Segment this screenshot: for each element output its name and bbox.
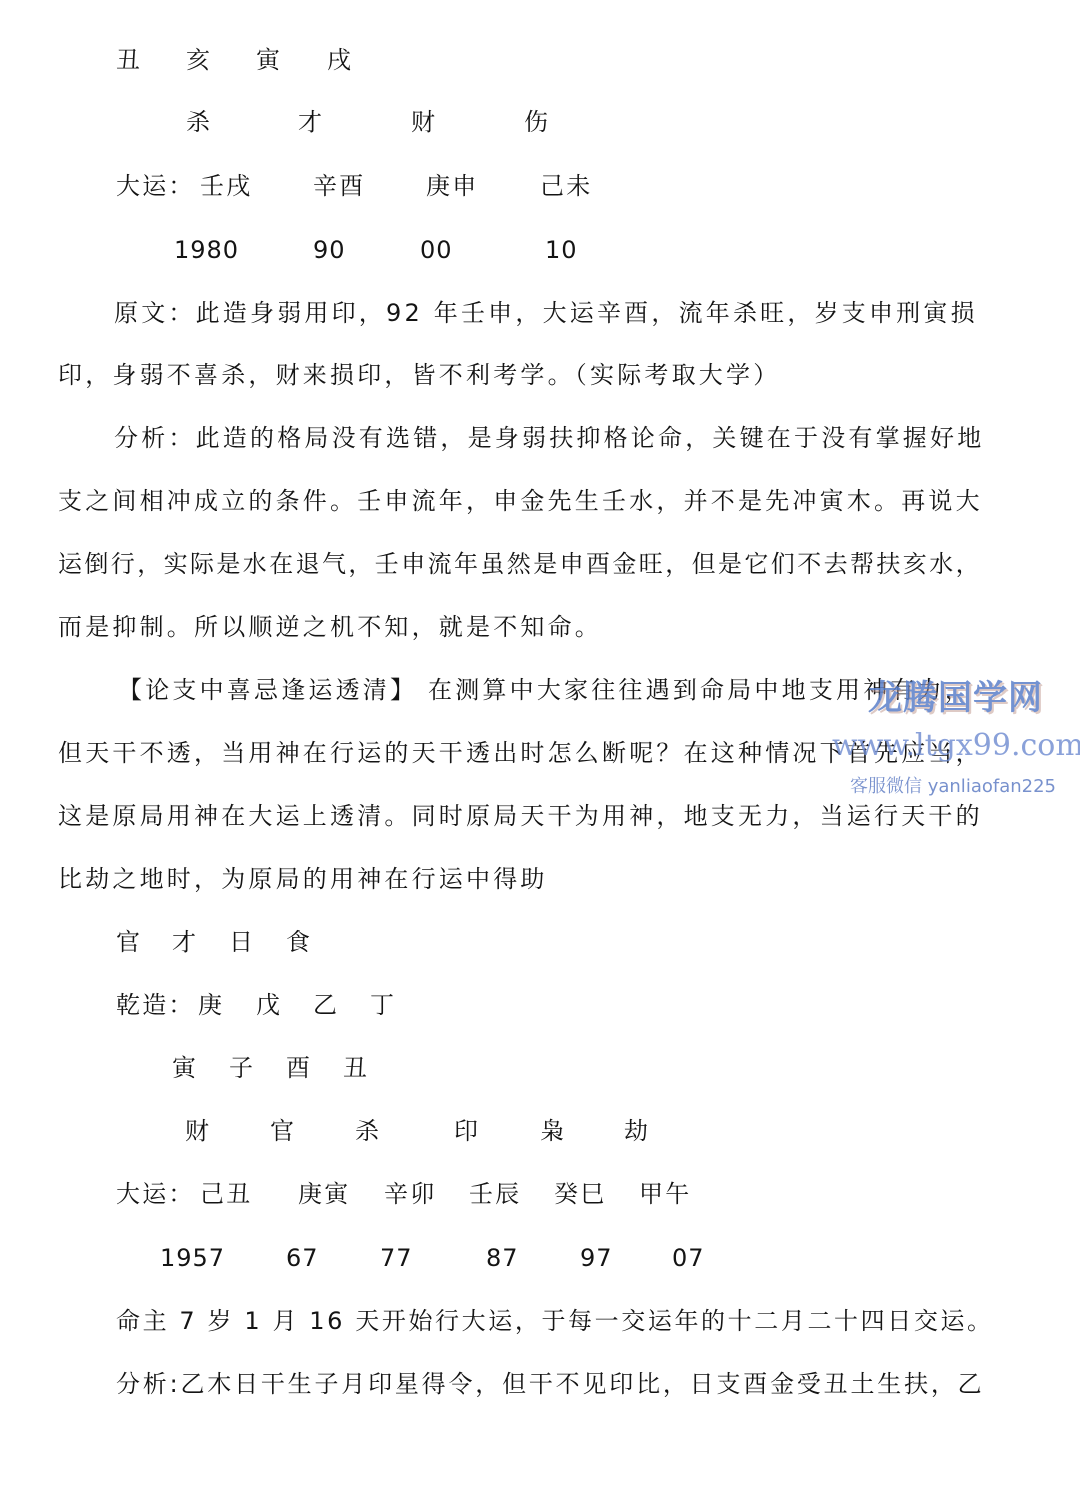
dayun-year: 1957 [160, 1238, 225, 1278]
ten-god-char: 才 [172, 922, 198, 962]
analysis-line: 运倒行，实际是水在退气，壬申流年虽然是申酉金旺，但是它们不去帮扶亥水， [58, 544, 1028, 584]
stem-char: 丁 [370, 985, 396, 1025]
ten-god-char: 财 [185, 1111, 211, 1151]
original-text-line: 原文：此造身弱用印，92 年壬申，大运辛酉，流年杀旺，岁支申刑寅损 [58, 293, 1028, 333]
branch-char: 酉 [286, 1048, 312, 1088]
dayun-year: 90 [313, 230, 346, 270]
dayun-year: 1980 [174, 230, 239, 270]
start-luck-line: 命主 7 岁 1 月 16 天开始行大运，于每一交运年的十二月二十四日交运。 [116, 1301, 1028, 1341]
dayun-pillar: 庚寅 [298, 1174, 350, 1214]
ten-god-char: 枭 [540, 1111, 566, 1151]
stem-char: 乙 [313, 985, 339, 1025]
branch-char: 戌 [327, 40, 353, 80]
analysis-line: 而是抑制。所以顺逆之机不知，就是不知命。 [58, 607, 1028, 647]
dayun-pillar: 壬戌 [200, 166, 252, 206]
ten-god-char: 伤 [524, 102, 550, 142]
branch-char: 亥 [186, 40, 212, 80]
ten-god-char: 才 [298, 102, 324, 142]
dayun-year: 67 [286, 1238, 319, 1278]
dayun-year: 00 [420, 230, 453, 270]
dayun-pillar: 己未 [540, 166, 592, 206]
dayun-pillar: 己丑 [200, 1174, 252, 1214]
dayun-year: 07 [672, 1238, 705, 1278]
dayun-pillar: 甲午 [639, 1174, 691, 1214]
dayun-pillar: 壬辰 [469, 1174, 521, 1214]
analysis-line: 分析：此造的格局没有选错，是身弱扶抑格论命，关键在于没有掌握好地 [58, 418, 1028, 458]
stem-char: 庚 [198, 985, 224, 1025]
branch-char: 寅 [256, 40, 282, 80]
dayun-pillar: 癸巳 [554, 1174, 606, 1214]
ten-god-char: 印 [454, 1111, 480, 1151]
dayun-year: 77 [380, 1238, 413, 1278]
dayun-year: 87 [486, 1238, 519, 1278]
original-text-line: 印，身弱不喜杀，财来损印，皆不利考学。（实际考取大学） [58, 355, 1028, 395]
stem-char: 戊 [256, 985, 282, 1025]
branch-char: 寅 [172, 1048, 198, 1088]
analysis-line: 分析:乙木日干生子月印星得令，但干不见印比，日支酉金受丑土生扶，乙 [116, 1364, 1028, 1404]
ten-god-char: 官 [116, 922, 142, 962]
branch-char: 丑 [116, 40, 142, 80]
section-body-line: 但天干不透，当用神在行运的天干透出时怎么断呢？在这种情况下首先应当， [58, 733, 1028, 773]
ten-god-char: 财 [411, 102, 437, 142]
section-body-line: 这是原局用神在大运上透清。同时原局天干为用神，地支无力，当运行天干的 [58, 796, 1028, 836]
section-heading-line: 【论支中喜忌逢运透清】 在测算中大家往往遇到命局中地支用神有力， [58, 670, 1028, 710]
ten-god-char: 杀 [355, 1111, 381, 1151]
branch-char: 子 [229, 1048, 255, 1088]
dayun-label: 大运： [116, 166, 195, 206]
branch-char: 丑 [343, 1048, 369, 1088]
analysis-line: 支之间相冲成立的条件。壬申流年，申金先生壬水，并不是先冲寅木。再说大 [58, 481, 1028, 521]
dayun-label: 大运： [116, 1174, 195, 1214]
dayun-pillar: 庚申 [426, 166, 478, 206]
ten-god-char: 劫 [624, 1111, 650, 1151]
dayun-year: 10 [545, 230, 578, 270]
ten-god-char: 杀 [186, 102, 212, 142]
dayun-pillar: 辛酉 [313, 166, 365, 206]
ten-god-char: 日 [229, 922, 255, 962]
section-body-line: 比劫之地时，为原局的用神在行运中得助 [58, 859, 1028, 899]
dayun-year: 97 [580, 1238, 613, 1278]
ten-god-char: 官 [270, 1111, 296, 1151]
qianzao-label: 乾造： [116, 985, 195, 1025]
dayun-pillar: 辛卯 [384, 1174, 436, 1214]
ten-god-char: 食 [286, 922, 312, 962]
